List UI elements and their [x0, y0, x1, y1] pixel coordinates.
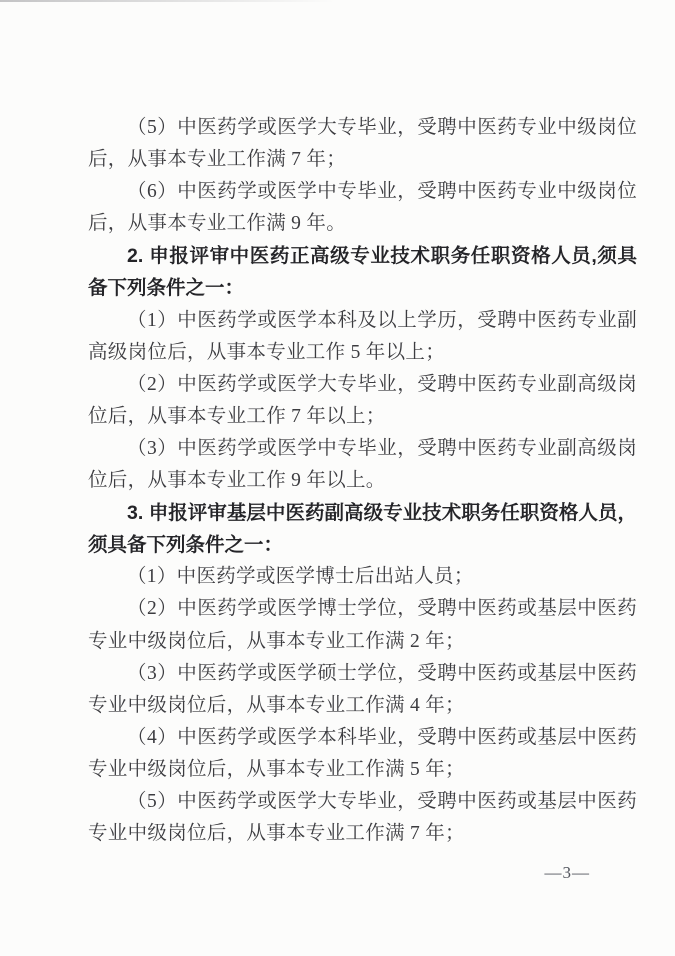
body-text-line: 高级岗位后，从事本专业工作 5 年以上； [88, 337, 637, 369]
body-text-line: 专业中级岗位后，从事本专业工作满 5 年； [88, 754, 637, 786]
section3-heading-line1: 3. 申报评审基层中医药副高级专业技术职务任职资格人员， [88, 497, 637, 529]
body-text-line: 后，从事本专业工作满 9 年。 [88, 208, 637, 240]
body-text-line: （2）中医药学或医学大专毕业，受聘中医药专业副高级岗 [88, 369, 637, 401]
section3-heading-line2: 须具备下列条件之一： [88, 529, 637, 561]
body-text-line: （3）中医药学或医学中专毕业，受聘中医药专业副高级岗 [88, 433, 637, 465]
body-text-line: （1）中医药学或医学本科及以上学历，受聘中医药专业副 [88, 305, 637, 337]
body-text-line: （4）中医药学或医学本科毕业，受聘中医药或基层中医药 [88, 722, 637, 754]
document-text-block: （5）中医药学或医学大专毕业，受聘中医药专业中级岗位 后，从事本专业工作满 7 … [88, 112, 637, 850]
body-text-line: 位后，从事本专业工作 9 年以上。 [88, 465, 637, 497]
body-text-line: （5）中医药学或医学大专毕业，受聘中医药或基层中医药 [88, 786, 637, 818]
section2-heading-line2: 备下列条件之一： [88, 272, 637, 304]
body-text-line: （3）中医药学或医学硕士学位，受聘中医药或基层中医药 [88, 658, 637, 690]
scan-artifact-line [0, 0, 335, 2]
body-text-line: 专业中级岗位后，从事本专业工作满 2 年； [88, 626, 637, 658]
body-text-line: （2）中医药学或医学博士学位，受聘中医药或基层中医药 [88, 593, 637, 625]
body-text-line: （1）中医药学或医学博士后出站人员； [88, 561, 637, 593]
body-text-line: 后，从事本专业工作满 7 年； [88, 144, 637, 176]
body-text-line: （5）中医药学或医学大专毕业，受聘中医药专业中级岗位 [88, 112, 637, 144]
body-text-line: 位后，从事本专业工作 7 年以上； [88, 401, 637, 433]
body-text-line: 专业中级岗位后，从事本专业工作满 4 年； [88, 690, 637, 722]
body-text-line: （6）中医药学或医学中专毕业，受聘中医药专业中级岗位 [88, 176, 637, 208]
document-page: （5）中医药学或医学大专毕业，受聘中医药专业中级岗位 后，从事本专业工作满 7 … [0, 0, 675, 956]
body-text-line: 专业中级岗位后，从事本专业工作满 7 年； [88, 818, 637, 850]
page-number: —3— [545, 862, 591, 884]
section2-heading-line1: 2. 申报评审中医药正高级专业技术职务任职资格人员,须具 [88, 240, 637, 272]
